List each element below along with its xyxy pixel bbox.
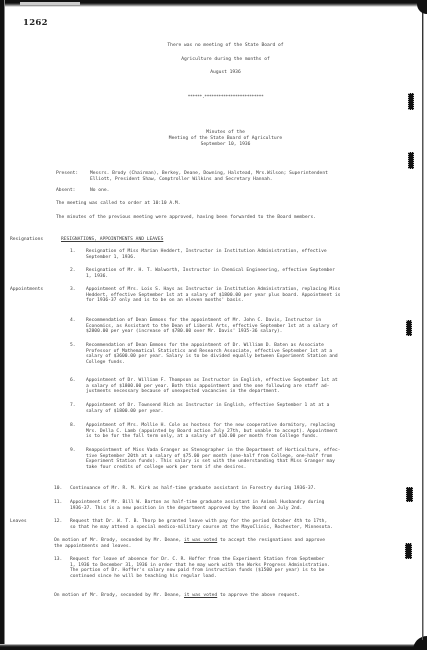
item-number: 1.	[70, 249, 84, 255]
item-text-line: $2800.00 per year (increase of $780.00 o…	[86, 329, 391, 335]
item-number: 2.	[70, 268, 84, 274]
item-text-line: September 1, 1936.	[86, 255, 391, 261]
item-number: 3.	[70, 287, 84, 293]
item-text-line: take four credits of college work per te…	[86, 465, 391, 471]
item-number: 13.	[54, 557, 68, 563]
item-number: 10.	[54, 486, 68, 492]
motion-1-suffix: to accept the resignations and approve	[217, 538, 325, 543]
minutes-document: 1262 There was no meeting of the State B…	[0, 0, 427, 650]
minutes-title-line-2: Meeting of the State Board of Agricultur…	[12, 136, 427, 142]
item-text-line: for 1936-37 only and is to be on an elev…	[86, 298, 391, 304]
item-number: 4.	[70, 318, 84, 324]
motion-1-prefix: On motion of Mr. Brody, seconded by Mr. …	[54, 538, 184, 543]
item-number: 12.	[54, 519, 68, 525]
motion-2-suffix: to approve the above request.	[217, 593, 300, 598]
scanned-page: 1262 There was no meeting of the State B…	[0, 0, 427, 650]
item-text-line: College funds.	[86, 360, 391, 366]
item-text-line: Continuance of Mr. R. M. Kirk as half-ti…	[70, 486, 375, 492]
page-number: 1262	[23, 21, 48, 27]
minutes-date: September 10, 1936	[12, 142, 427, 148]
motion-2-prefix: On motion of Mr. Brody, seconded by Mr. …	[54, 593, 184, 598]
called-to-order: The meeting was called to order at 10:10…	[56, 201, 180, 207]
no-meeting-line-2: Agriculture during the months of	[12, 57, 427, 63]
no-meeting-line-3: August 1936	[12, 70, 427, 76]
margin-label-appointments: Appointments	[10, 287, 43, 293]
motion-1-line-2: the appointments and leaves.	[54, 544, 394, 550]
minutes-title-line-1: Minutes of the	[12, 130, 427, 136]
item-number: 8.	[70, 423, 84, 429]
margin-label-leaves: Leaves	[10, 519, 27, 525]
item-number: 5.	[70, 343, 84, 349]
absent-label: Absent:	[56, 188, 75, 194]
item-text-line: 1, 1936.	[86, 274, 391, 280]
item-number: 11.	[54, 500, 68, 506]
motion-2-voted: it was voted	[184, 593, 217, 598]
motion-1: On motion of Mr. Brody, seconded by Mr. …	[54, 538, 394, 549]
present-line-2: Elliott, President Shaw, Comptroller Wil…	[90, 177, 390, 183]
present-list: Messrs. Brody (Chairman), Berkey, Deane,…	[90, 171, 390, 182]
absent-value: No one.	[90, 188, 109, 194]
no-meeting-line-1: There was no meeting of the State Board …	[12, 43, 427, 49]
item-text-line: continued since he will be teaching his …	[70, 574, 375, 580]
margin-label-resignations: Resignations	[10, 237, 43, 243]
present-label: Present:	[56, 171, 78, 177]
previous-minutes-approved: The minutes of the previous meeting were…	[56, 215, 316, 221]
motion-2: On motion of Mr. Brody, seconded by Mr. …	[54, 593, 394, 599]
item-text-line: 1936-37. This is a new position in the d…	[70, 506, 375, 512]
item-text-line: so that he may attend a special medico-m…	[70, 525, 375, 531]
separator-stars: ******.*************************	[12, 95, 427, 101]
item-text-line: salary of $1800.00 per year.	[86, 409, 391, 415]
item-number: 7.	[70, 403, 84, 409]
item-number: 6.	[70, 378, 84, 384]
item-number: 9.	[70, 448, 84, 454]
item-text-line: is to be for the fall term only, at a sa…	[86, 434, 391, 440]
section-heading: RESIGNATIONS, APPOINTMENTS AND LEAVES	[61, 237, 163, 243]
item-text-line: justments necessary because of unexpecte…	[86, 389, 391, 395]
motion-1-voted: it was voted	[184, 538, 217, 543]
